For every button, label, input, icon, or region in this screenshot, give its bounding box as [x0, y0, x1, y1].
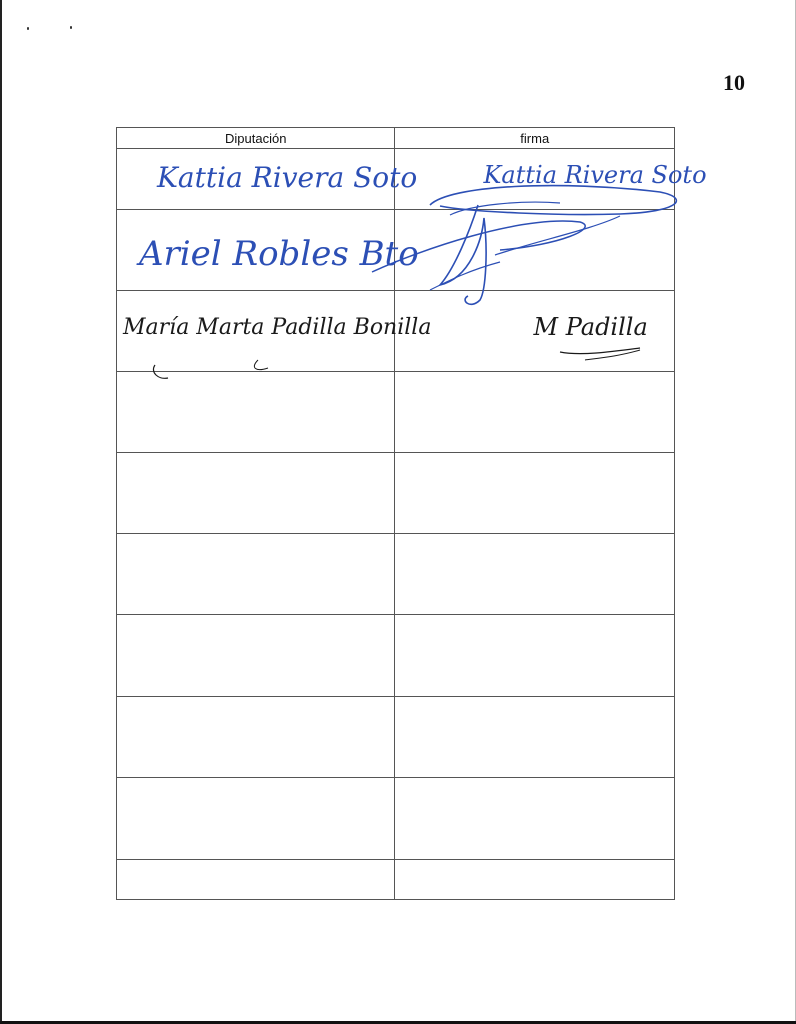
signature: Kattia Rivera Soto [483, 161, 706, 189]
handwritten-name: Kattia Rivera Soto [157, 161, 417, 194]
table-row [117, 615, 675, 697]
cell-firma [395, 778, 675, 860]
cell-firma [395, 210, 675, 291]
cell-diputacion [117, 860, 395, 900]
header-firma: firma [395, 128, 675, 149]
scan-edge-left [0, 0, 2, 1024]
scan-speck [70, 26, 72, 29]
table-row [117, 453, 675, 534]
scan-speck [27, 27, 29, 30]
table-row [117, 697, 675, 778]
cell-firma [395, 697, 675, 778]
handwritten-name: Ariel Robles Bto [139, 234, 419, 274]
table-row [117, 778, 675, 860]
cell-firma [395, 372, 675, 453]
cell-diputacion [117, 778, 395, 860]
handwritten-name: María Marta Padilla Bonilla [123, 315, 431, 340]
cell-diputacion [117, 697, 395, 778]
cell-firma [395, 860, 675, 900]
cell-diputacion: María Marta Padilla Bonilla [117, 291, 395, 372]
table-row [117, 372, 675, 453]
table-row: Kattia Rivera Soto Kattia Rivera Soto [117, 149, 675, 210]
cell-diputacion: Kattia Rivera Soto [117, 149, 395, 210]
cell-diputacion: Ariel Robles Bto [117, 210, 395, 291]
signature: M Padilla [533, 313, 647, 341]
cell-diputacion [117, 453, 395, 534]
header-diputacion: Diputación [117, 128, 395, 149]
cell-diputacion [117, 615, 395, 697]
table-row: María Marta Padilla Bonilla M Padilla [117, 291, 675, 372]
cell-diputacion [117, 372, 395, 453]
page-number: 10 [723, 70, 745, 96]
table-header-row: Diputación firma [117, 128, 675, 149]
cell-firma: M Padilla [395, 291, 675, 372]
cell-firma [395, 453, 675, 534]
signature-table: Diputación firma Kattia Rivera Soto Katt… [116, 127, 675, 900]
table-row: Ariel Robles Bto [117, 210, 675, 291]
cell-firma: Kattia Rivera Soto [395, 149, 675, 210]
table-row [117, 534, 675, 615]
cell-firma [395, 534, 675, 615]
cell-diputacion [117, 534, 395, 615]
table-row [117, 860, 675, 900]
cell-firma [395, 615, 675, 697]
